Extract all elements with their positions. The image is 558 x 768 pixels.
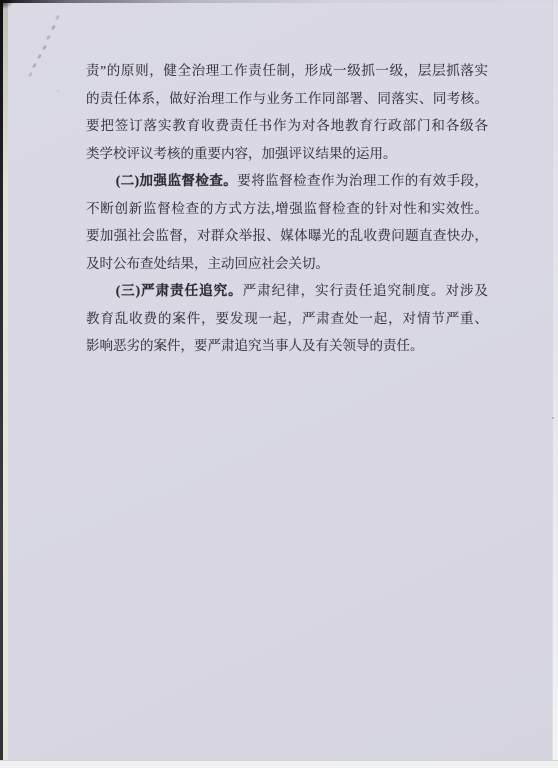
text-segment: 严肃纪律，实行责任追究制度。对涉及 [243,283,488,298]
crease-mark [32,63,37,69]
bold-heading-segment: (二)加强监督检查。 [116,173,238,188]
scan-edge-top-dark [0,0,558,3]
text-segment: 及时公布查处结果，主动回应社会关切。 [86,256,329,271]
text-segment: 要加强社会监督，对群众举报、媒体曝光的乱收费问题直查快办， [86,228,488,243]
crease-mark [51,25,56,31]
text-segment: 影响恶劣的案件，要严肃追究当事人及有关领导的责任。 [86,338,424,353]
scan-corner-top-left [0,0,14,9]
crease-mark [28,72,33,78]
text-segment: 的责任体系，做好治理工作与业务工作同部署、同落实、同考核。 [86,91,488,106]
text-segment: 不断创新监督检查的方式方法,增强监督检查的针对性和实效性。 [86,201,488,216]
text-segment: 要把签订落实教育收费责任书作为对各地教育行政部门和各级各 [86,118,488,133]
crease-mark [37,54,42,60]
text-segment: 类学校评议考核的重要内容，加强评议结果的运用。 [86,146,397,161]
text-line: 教育乱收费的案件，要发现一起，严肃查处一起，对情节严重、 [86,305,488,333]
text-line: 及时公布查处结果，主动回应社会关切。 [86,250,488,278]
dust-speck [552,417,554,419]
text-segment: 教育乱收费的案件，要发现一起，严肃查处一起，对情节严重、 [86,311,488,326]
document-text-block: 责”的原则，健全治理工作责任制，形成一级抓一级，层层抓落实的责任体系，做好治理工… [86,57,488,360]
scanned-document-page: 责”的原则，健全治理工作责任制，形成一级抓一级，层层抓落实的责任体系，做好治理工… [0,0,558,768]
paragraph: (三)严肃责任追究。严肃纪律，实行责任追究制度。对涉及教育乱收费的案件，要发现一… [86,277,488,360]
scan-edge-right-light [552,0,558,768]
text-line: 影响恶劣的案件，要严肃追究当事人及有关领导的责任。 [86,332,488,360]
scan-edge-bottom-light [0,760,558,768]
text-line: 要把签订落实教育收费责任书作为对各地教育行政部门和各级各 [86,112,488,140]
paragraph: (二)加强监督检查。要将监督检查作为治理工作的有效手段，不断创新监督检查的方式方… [86,167,488,277]
text-segment: 责”的原则，健全治理工作责任制，形成一级抓一级，层层抓落实 [86,63,488,78]
text-line: 责”的原则，健全治理工作责任制，形成一级抓一级，层层抓落实 [86,57,488,85]
crease-mark [46,35,51,41]
scan-edge-left-light [3,0,8,768]
bold-heading-segment: (三)严肃责任追究。 [116,283,243,298]
crease-mark [42,45,47,51]
text-line: 的责任体系，做好治理工作与业务工作同部署、同落实、同考核。 [86,85,488,113]
crease-mark [55,15,60,21]
text-line: 不断创新监督检查的方式方法,增强监督检查的针对性和实效性。 [86,195,488,223]
text-line: 要加强社会监督，对群众举报、媒体曝光的乱收费问题直查快办， [86,222,488,250]
dust-speck [57,90,59,92]
text-segment: 要将监督检查作为治理工作的有效手段， [237,173,488,188]
text-line: 类学校评议考核的重要内容，加强评议结果的运用。 [86,140,488,168]
text-line: (二)加强监督检查。要将监督检查作为治理工作的有效手段， [86,167,488,195]
text-line: (三)严肃责任追究。严肃纪律，实行责任追究制度。对涉及 [86,277,488,305]
paragraph: 责”的原则，健全治理工作责任制，形成一级抓一级，层层抓落实的责任体系，做好治理工… [86,57,488,167]
